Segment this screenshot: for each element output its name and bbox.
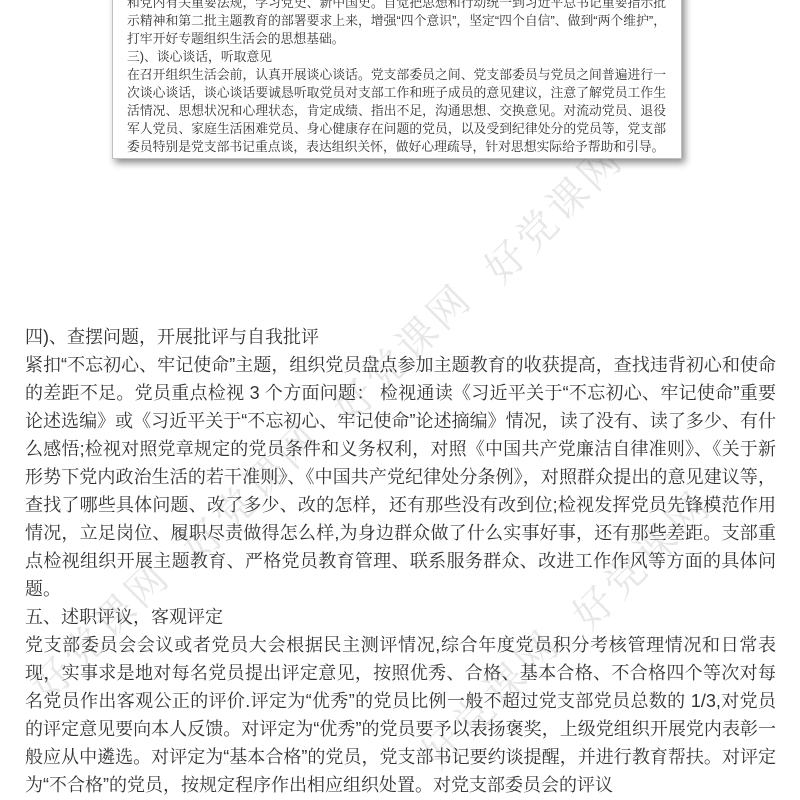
doc-paragraph: 在召开组织生活会前，认真开展谈心谈话。党支部委员之间、党支部委员与党员之间普遍进… [127, 66, 666, 156]
document-preview-page: 和党内有关重要法规，学习党史、新中国史。自觉把思想和行动统一到习近平总书记重要指… [112, 0, 682, 159]
section-heading-4: 四)、查摆问题，开展批评与自我批评 [25, 323, 776, 351]
doc-section-heading: 三)、谈心谈话，听取意见 [127, 48, 666, 66]
section-body-5: 党支部委员会会议或者党员大会根据民主测评情况,综合年度党员积分考核管理情况和日常… [25, 631, 776, 799]
section-body-4: 紧扣“不忘初心、牢记使命”主题，组织党员盘点参加主题教育的收获提高，查找违背初心… [25, 351, 776, 603]
section-heading-5: 五、述职评议，客观评定 [25, 603, 776, 631]
page: { "watermark": { "text": "好党课网", "color_… [0, 0, 800, 800]
article-body: 四)、查摆问题，开展批评与自我批评 紧扣“不忘初心、牢记使命”主题，组织党员盘点… [25, 323, 776, 799]
doc-paragraph: 和党内有关重要法规，学习党史、新中国史。自觉把思想和行动统一到习近平总书记重要指… [127, 0, 666, 48]
